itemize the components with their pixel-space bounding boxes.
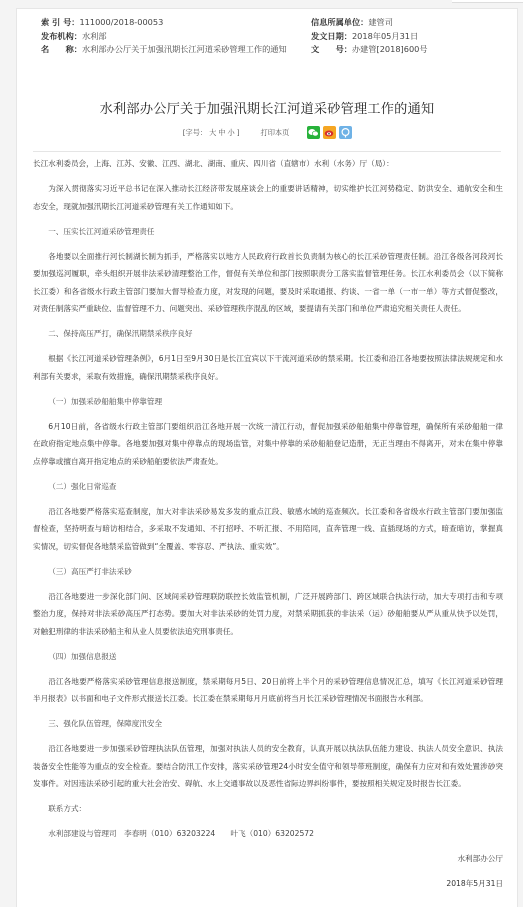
section-1-heading: 一、压实长江河道采砂管理责任 <box>33 223 503 241</box>
addressee: 长江水利委员会，上海、江苏、安徽、江西、湖北、湖南、重庆、四川省（直辖市）水利（… <box>33 155 503 173</box>
section-2-heading: 二、保持高压严打，确保汛期禁采秩序良好 <box>33 325 503 343</box>
issue-date-label: 发文日期： <box>311 30 352 43</box>
section-2-4-heading: （四）加强信息报送 <box>33 648 503 666</box>
info-unit-label: 信息所属单位： <box>311 16 368 29</box>
meta-row-3: 名 称： 水利部办公厅关于加强汛期长江河道采砂管理工作的通知 文 号： 办建管[… <box>41 43 501 57</box>
contact-info: 水利部建设与管理司 李春明（010）63203224 叶飞（010）632025… <box>33 825 503 843</box>
title-divider <box>33 151 501 152</box>
page-title: 水利部办公厅关于加强汛期长江河道采砂管理工作的通知 <box>17 98 517 117</box>
article-toolbar: [字号：大中小] 打印本页 <box>17 126 517 139</box>
font-size-large-button[interactable]: 大 <box>209 128 216 137</box>
section-2-3-paragraph: 沿江各地要进一步深化部门间、区域间采砂管理联防联控长效监管机制，广泛开展跨部门、… <box>33 588 503 641</box>
section-2-3-heading: （三）高压严打非法采砂 <box>33 563 503 581</box>
index-no-label: 索 引 号： <box>41 16 79 29</box>
section-2-1-paragraph: 6月10日前，各省级水行政主管部门要组织沿江各地开展一次统一清江行动，督促加强采… <box>33 418 503 471</box>
doc-name-label: 名 称： <box>41 43 82 56</box>
print-page-link[interactable]: 打印本页 <box>261 128 290 138</box>
section-3-heading: 三、强化队伍管理，保障度汛安全 <box>33 715 503 733</box>
wechat-icon[interactable] <box>307 126 320 139</box>
font-size-bracket: ] <box>237 128 240 137</box>
font-size-medium-button[interactable]: 中 <box>218 128 225 137</box>
issue-date-value: 2018年05月31日 <box>352 30 418 43</box>
doc-number-label: 文 号： <box>311 43 352 56</box>
qzone-icon[interactable] <box>339 126 352 139</box>
weibo-icon[interactable] <box>323 126 336 139</box>
publisher-label: 发布机构： <box>41 30 82 43</box>
document-body: 长江水利委员会，上海、江苏、安徽、江西、湖北、湖南、重庆、四川省（直辖市）水利（… <box>33 155 503 900</box>
doc-name-value: 水利部办公厅关于加强汛期长江河道采砂管理工作的通知 <box>82 43 287 56</box>
share-icons <box>307 126 352 139</box>
publisher-value: 水利部 <box>82 30 107 43</box>
section-2-paragraph: 根据《长江河道采砂管理条例》，6月1日至9月30日是长江宜宾以下干流河道采砂的禁… <box>33 350 503 385</box>
section-2-1-heading: （一）加强采砂船舶集中停靠管理 <box>33 393 503 411</box>
section-3-paragraph: 沿江各地要进一步加强采砂管理执法队伍管理，加强对执法人员的安全教育，认真开展以执… <box>33 740 503 793</box>
font-size-small-button[interactable]: 小 <box>228 128 235 137</box>
signature-date: 2018年5月31日 <box>33 875 503 893</box>
section-1-paragraph: 各地要以全面推行河长制湖长制为抓手，严格落实以地方人民政府行政首长负责制为核心的… <box>33 248 503 318</box>
font-size-switcher: [字号：大中小] <box>182 128 241 138</box>
document-page: 索 引 号： 111000/2018-00053 信息所属单位： 建管司 发布机… <box>16 8 518 907</box>
font-size-label: [字号： <box>183 128 207 137</box>
info-unit-value: 建管司 <box>368 16 393 29</box>
contact-label: 联系方式： <box>33 800 503 818</box>
index-no-value: 111000/2018-00053 <box>79 16 163 29</box>
section-2-4-paragraph: 沿江各地要严格落实采砂管理信息报送制度，禁采期每月5日、20日前将上半个月的采砂… <box>33 673 503 708</box>
meta-row-1: 索 引 号： 111000/2018-00053 信息所属单位： 建管司 <box>41 16 501 30</box>
section-2-2-heading: （二）强化日常巡查 <box>33 478 503 496</box>
document-metadata: 索 引 号： 111000/2018-00053 信息所属单位： 建管司 发布机… <box>41 16 501 57</box>
meta-row-2: 发布机构： 水利部 发文日期： 2018年05月31日 <box>41 30 501 44</box>
top-edge-decoration <box>452 0 523 3</box>
section-2-2-paragraph: 沿江各地要严格落实巡查制度，加大对非法采砂易发多发的重点江段、敏感水域的巡查频次… <box>33 503 503 556</box>
signature: 水利部办公厅 <box>33 850 503 868</box>
intro-paragraph: 为深入贯彻落实习近平总书记在深入推动长江经济带发展座谈会上的重要讲话精神，切实维… <box>33 180 503 215</box>
doc-number-value: 办建管[2018]600号 <box>352 43 428 56</box>
